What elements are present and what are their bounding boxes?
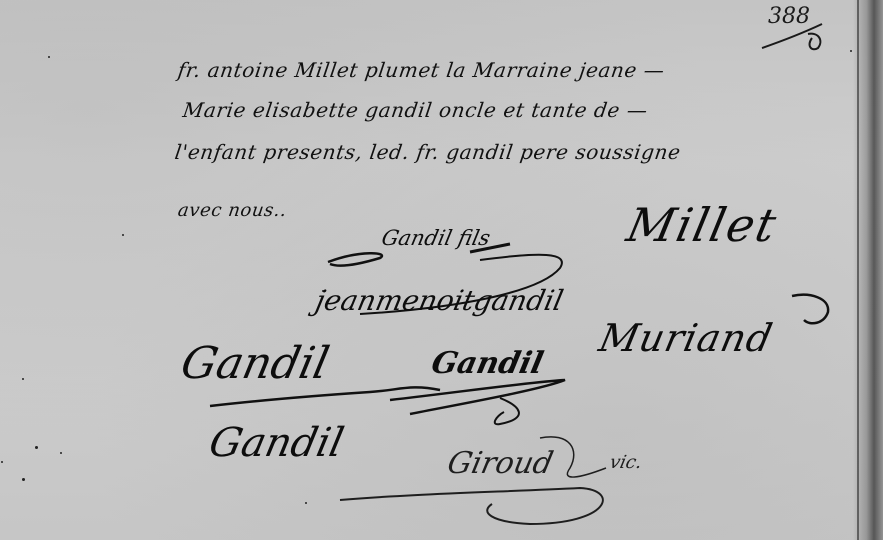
paper-speck <box>48 56 50 58</box>
paper-speck <box>122 234 124 236</box>
body-line-4: avec nous.. <box>177 200 289 221</box>
signature-giroud-title: vic. <box>608 452 644 473</box>
body-line-3: l'enfant presents, led. fr. gandil pere … <box>173 140 682 164</box>
paper-speck <box>22 378 24 380</box>
paper-speck <box>35 446 38 449</box>
paper-speck <box>850 50 852 52</box>
body-line-2: Marie elisabette gandil oncle et tante d… <box>181 98 649 122</box>
paper-speck <box>1 461 3 463</box>
signature-gandil-fils: Gandil fils <box>379 226 492 250</box>
paper-speck <box>305 502 307 504</box>
signature-muriand: Muriand <box>595 316 777 360</box>
body-line-1: fr. antoine Millet plumet la Marraine je… <box>176 58 666 82</box>
signature-flourish <box>790 290 840 330</box>
scanned-register-page: 388 fr. antoine Millet plumet la Marrain… <box>0 0 883 540</box>
signature-jean-benoit-gandil: jeanmenoitgandil <box>312 284 566 317</box>
signature-millet: Millet <box>622 198 782 252</box>
signature-gandil-1: Gandil <box>177 338 334 389</box>
signature-giroud: Giroud <box>444 446 556 481</box>
paper-speck <box>60 452 62 454</box>
folio-number: 388 <box>768 4 810 29</box>
signature-gandil-3: Gandil <box>205 420 348 466</box>
page-binding-line <box>857 0 859 540</box>
paper-speck <box>22 478 25 481</box>
signature-gandil-2: Gandil <box>428 346 546 381</box>
